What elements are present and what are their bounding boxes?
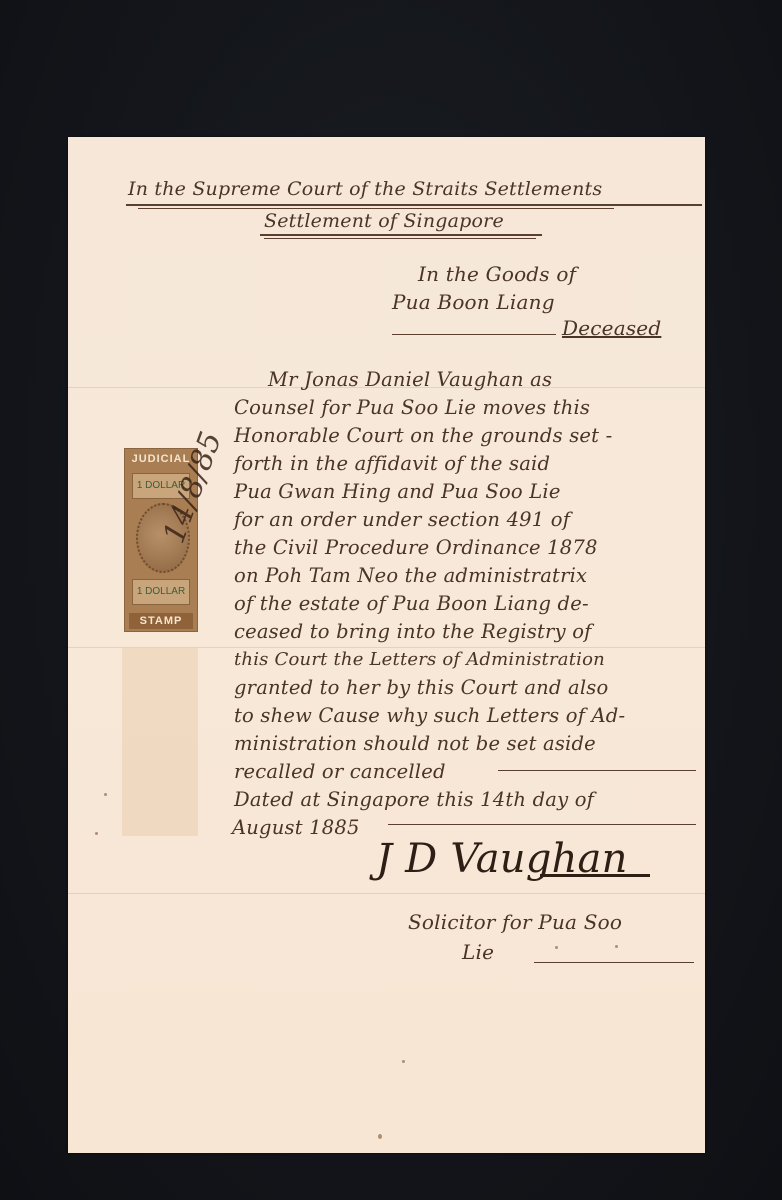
body-line: on Poh Tam Neo the administratrix: [234, 562, 587, 590]
body-line: the Civil Procedure Ordinance 1878: [234, 534, 598, 562]
body-line: forth in the affidavit of the said: [234, 450, 550, 478]
body-line: Honorable Court on the grounds set -: [234, 422, 612, 450]
stamp-bottom-label: STAMP: [129, 613, 193, 629]
foxing-speck: [402, 1060, 405, 1063]
fill-line: [388, 824, 696, 825]
body-line: this Court the Letters of Administration: [234, 646, 605, 674]
body-line: to shew Cause why such Letters of Ad-: [234, 702, 625, 730]
dated-line2: August 1885: [232, 814, 360, 842]
stamp-value-lower: 1 DOLLAR: [132, 579, 190, 605]
heading-underline: [264, 238, 536, 239]
deceased-label: Deceased: [562, 316, 661, 340]
body-line: for an order under section 491 of: [234, 506, 570, 534]
matter-rule: [392, 334, 556, 335]
fold-crease: [68, 893, 705, 894]
deceased-name: Pua Boon Liang: [392, 290, 555, 314]
heading-underline: [138, 208, 614, 209]
court-heading-line1: In the Supreme Court of the Straits Sett…: [128, 178, 602, 200]
heading-underline: [126, 204, 702, 206]
body-line: Pua Gwan Hing and Pua Soo Lie: [234, 478, 561, 506]
fill-line: [534, 962, 694, 963]
foxing-speck: [104, 793, 107, 796]
foxing-speck: [555, 946, 558, 949]
foxing-speck: [95, 832, 98, 835]
body-line: ceased to bring into the Registry of: [234, 618, 592, 646]
matter-line1: In the Goods of: [418, 262, 576, 286]
body-line: ministration should not be set aside: [234, 730, 596, 758]
foxing-speck: [378, 1134, 382, 1139]
body-line: Mr Jonas Daniel Vaughan as: [268, 366, 552, 394]
court-heading-line2: Settlement of Singapore: [264, 210, 504, 232]
stamp-ghost-mark: [122, 648, 198, 836]
heading-underline: [260, 234, 542, 236]
body-line: of the estate of Pua Boon Liang de-: [234, 590, 589, 618]
dated-line1: Dated at Singapore this 14th day of: [234, 786, 594, 814]
foxing-speck: [615, 945, 618, 948]
signatory-title-line2: Lie: [462, 940, 494, 964]
signature-flourish: [540, 874, 650, 877]
body-line: recalled or cancelled: [234, 758, 446, 786]
body-line: Counsel for Pua Soo Lie moves this: [234, 394, 590, 422]
signatory-title-line1: Solicitor for Pua Soo: [408, 910, 622, 934]
fill-line: [498, 770, 696, 771]
body-line: granted to her by this Court and also: [234, 674, 608, 702]
